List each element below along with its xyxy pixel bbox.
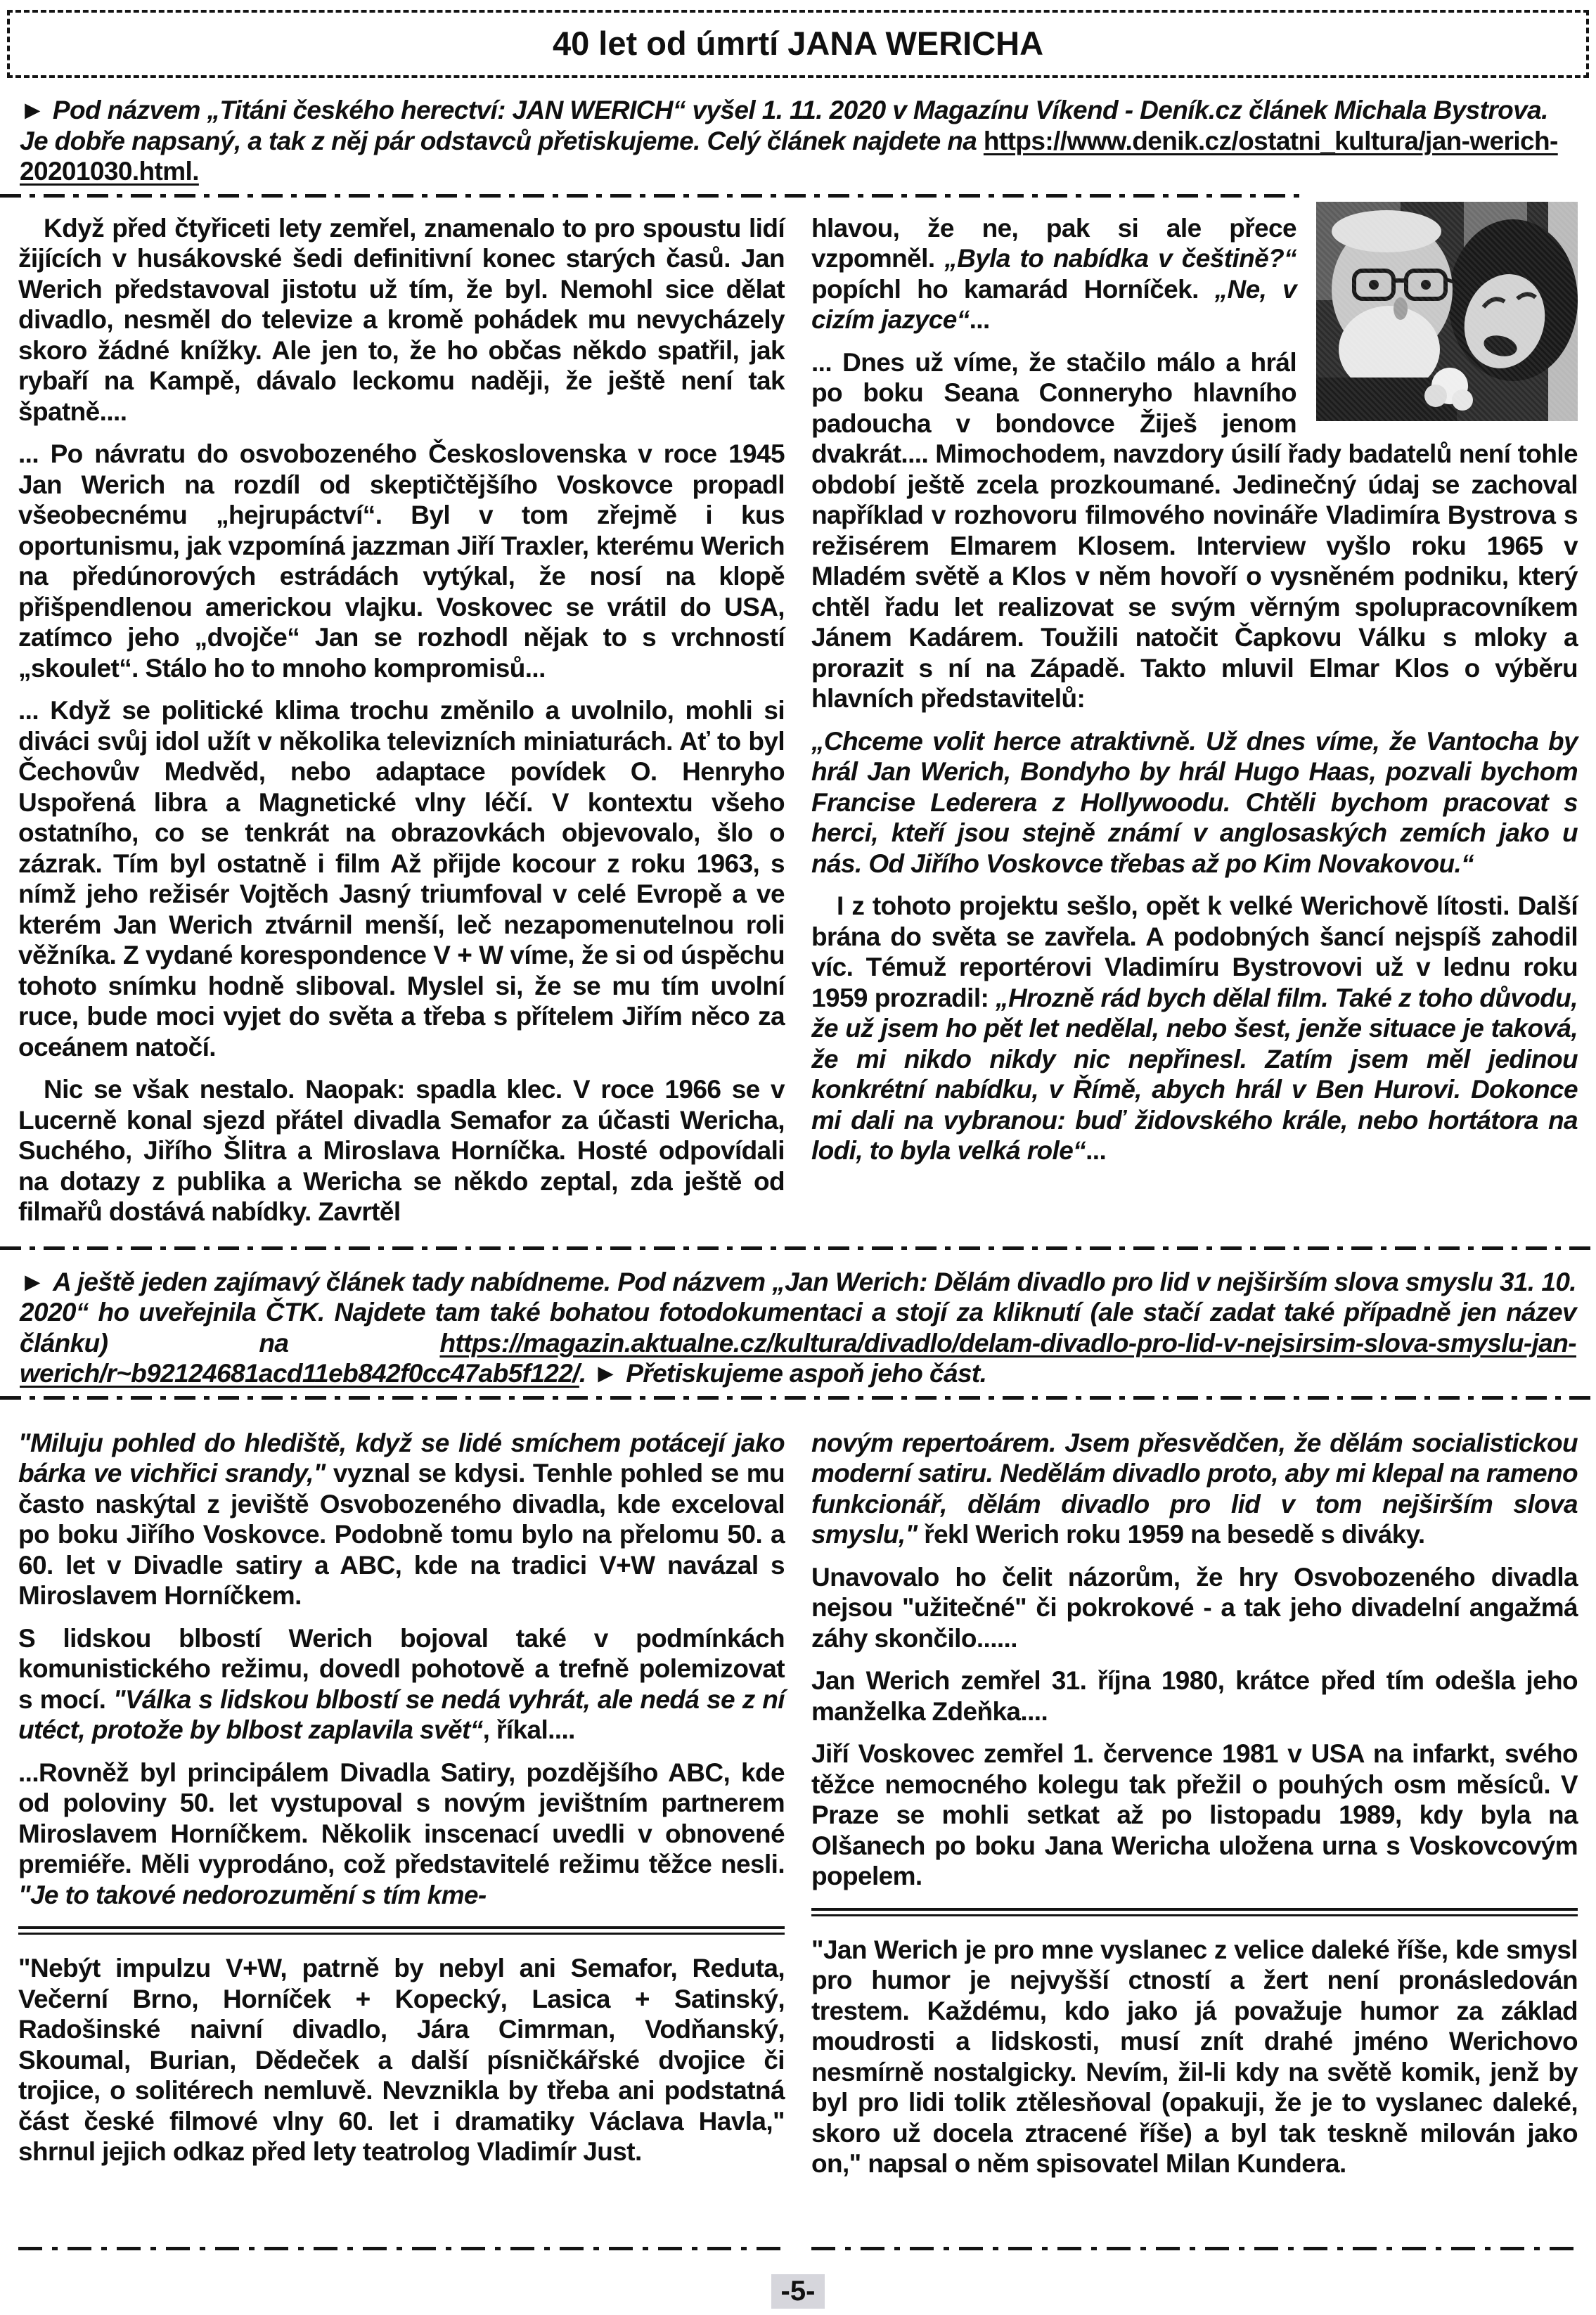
photo-jan-werich	[1316, 202, 1578, 421]
bottom-left-column: "Miluju pohled do hlediště, když se lidé…	[18, 1428, 785, 2250]
text-segment: ... Po návratu do osvobozeného Českoslov…	[18, 439, 785, 683]
paragraph: ...Rovněž byl principálem Divadla Satiry…	[18, 1758, 785, 1911]
paragraph: "Nebýt impulzu V+W, patrně by nebyl ani …	[18, 1953, 785, 2167]
bottom-right-part-b: "Jan Werich je pro mne vyslanec z velice…	[811, 1935, 1578, 2191]
bottom-right-column: novým repertoárem. Jsem přesvědčen, že d…	[811, 1428, 1578, 2250]
bottom-left-part-b: "Nebýt impulzu V+W, patrně by nebyl ani …	[18, 1953, 785, 2179]
text-segment: Unavovalo ho čelit názorům, že hry Osvob…	[811, 1563, 1578, 1653]
text-segment: ...	[1086, 1136, 1106, 1165]
text-segment: řekl Werich roku 1959 na besedě s diváky…	[918, 1520, 1425, 1549]
text-segment: "Jan Werich je pro mne vyslanec z velice…	[811, 1935, 1578, 2179]
paragraph: "Miluju pohled do hlediště, když se lidé…	[18, 1428, 785, 1611]
paragraph: „Chceme volit herce atraktivně. Už dnes …	[811, 726, 1578, 879]
paragraph: "Jan Werich je pro mne vyslanec z velice…	[811, 1935, 1578, 2179]
photo-illustration	[1316, 202, 1578, 421]
bottom-right-part-a: novým repertoárem. Jsem přesvědčen, že d…	[811, 1428, 1578, 1904]
intro-middle: ► A ještě jeden zajímavý článek tady nab…	[20, 1267, 1576, 1389]
paragraph: Jan Werich zemřel 31. října 1980, krátce…	[811, 1665, 1578, 1727]
text-segment: Nic se však nestalo. Naopak: spadla klec…	[18, 1075, 785, 1226]
intro-top: ► Pod názvem „Titáni českého herectví: J…	[20, 95, 1576, 187]
arrow-icon: ►	[20, 96, 53, 124]
text-segment: popíchl ho kamarád Horníček.	[811, 275, 1215, 304]
paragraph: ► Pod názvem „Titáni českého herectví: J…	[20, 95, 1576, 187]
paragraph: ► A ještě jeden zajímavý článek tady nab…	[20, 1267, 1576, 1389]
page-number: -5-	[771, 2274, 825, 2309]
top-section: Když před čtyřiceti lety zemřel, znamena…	[18, 213, 1578, 1239]
paragraph: novým repertoárem. Jsem přesvědčen, že d…	[811, 1428, 1578, 1550]
spacer	[811, 2191, 1578, 2247]
bottom-left-part-a: "Miluju pohled do hlediště, když se lidé…	[18, 1428, 785, 1923]
text-segment: "Nebýt impulzu V+W, patrně by nebyl ani …	[18, 1954, 785, 2166]
arrow-icon: ►	[593, 1359, 626, 1388]
paragraph: Unavovalo ho čelit názorům, že hry Osvob…	[811, 1562, 1578, 1654]
title-box: 40 let od úmrtí JANA WERICHA	[7, 10, 1589, 78]
page-title: 40 let od úmrtí JANA WERICHA	[17, 24, 1579, 63]
text-segment: ...Rovněž byl principálem Divadla Satiry…	[18, 1758, 785, 1879]
top-right-column: hlavou, že ne, pak si ale přece vzpomněl…	[811, 213, 1578, 1239]
paragraph: ... Po návratu do osvobozeného Českoslov…	[18, 439, 785, 683]
text-segment: , říkal....	[483, 1715, 575, 1744]
divider-dashed-mid-upper	[0, 1246, 1596, 1250]
bottom-section: "Miluju pohled do hlediště, když se lidé…	[18, 1428, 1578, 2250]
top-left-column: Když před čtyřiceti lety zemřel, znamena…	[18, 213, 785, 1239]
spacer	[18, 2179, 785, 2247]
paragraph: Nic se však nestalo. Naopak: spadla klec…	[18, 1074, 785, 1227]
page-footer: -5-	[0, 2274, 1596, 2309]
text-segment: .	[579, 1359, 593, 1388]
text-segment: „Chceme volit herce atraktivně. Už dnes …	[811, 727, 1578, 878]
divider-dashdot-left	[18, 2247, 785, 2250]
text-segment: "Válka s lidskou blbostí se nedá vyhrát,…	[18, 1685, 785, 1745]
text-segment: Když před čtyřiceti lety zemřel, znamena…	[18, 214, 785, 426]
text-segment: ... Když se politické klima trochu změni…	[18, 696, 785, 1062]
text-segment: "Je to takové nedorozumění s tím kme-	[18, 1881, 487, 1909]
divider-double-right	[811, 1908, 1578, 1916]
text-segment: ...	[970, 305, 990, 334]
paragraph: ... Když se politické klima trochu změni…	[18, 695, 785, 1062]
text-segment: Jiří Voskovec zemřel 1. července 1981 v …	[811, 1739, 1578, 1890]
text-segment: Jan Werich zemřel 31. října 1980, krátce…	[811, 1666, 1578, 1726]
paragraph: I z tohoto projektu sešlo, opět k velké …	[811, 891, 1578, 1166]
paragraph: Když před čtyřiceti lety zemřel, znamena…	[18, 213, 785, 427]
text-segment: „Byla to nabídka v češtině?“	[944, 244, 1296, 273]
divider-double-left	[18, 1926, 785, 1935]
text-segment: Přetiskujeme aspoň jeho část.	[626, 1359, 986, 1388]
divider-dashed-mid-lower	[0, 1396, 1596, 1400]
paragraph: Jiří Voskovec zemřel 1. července 1981 v …	[811, 1739, 1578, 1892]
divider-dashdot-right	[811, 2247, 1578, 2250]
paragraph: S lidskou blbostí Werich bojoval také v …	[18, 1623, 785, 1746]
arrow-icon: ►	[20, 1268, 53, 1296]
divider-dashed-top	[0, 194, 1304, 198]
